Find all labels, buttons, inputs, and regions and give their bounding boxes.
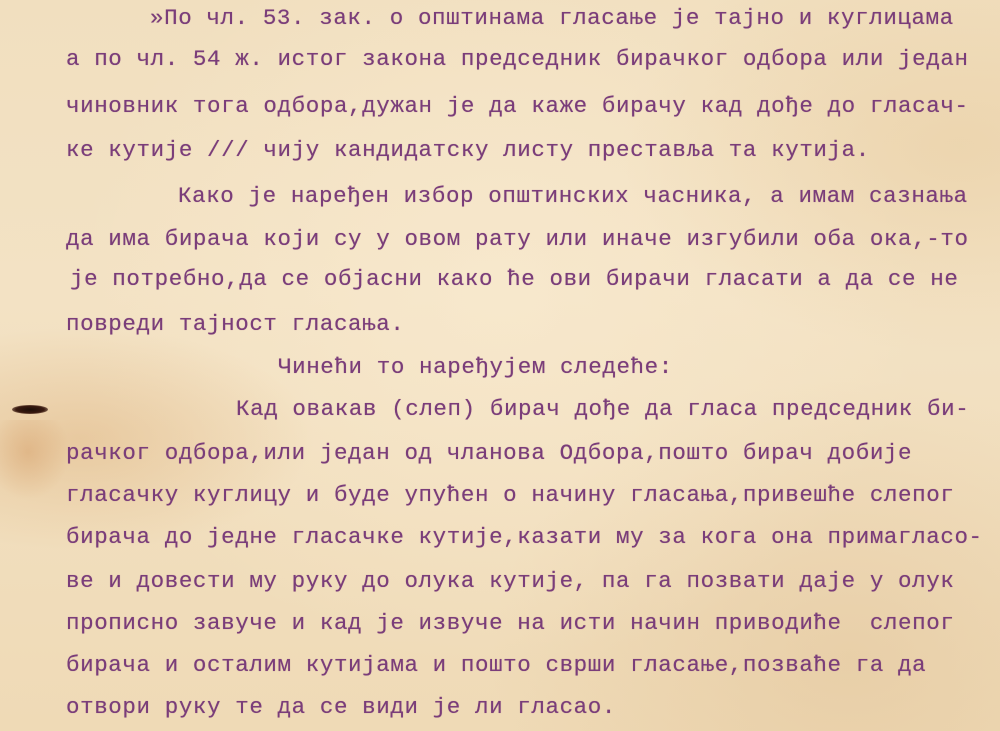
- ink-blot: [12, 405, 48, 414]
- text-line: »По чл. 53. зак. о општинама гласање је …: [150, 5, 954, 31]
- text-line: бирача и осталим кутијама и пошто сврши …: [66, 652, 926, 678]
- text-line: чиновник тога одбора,дужан је да каже би…: [66, 93, 969, 119]
- text-line: Како је наређен избор општинских часника…: [178, 183, 968, 209]
- text-line: прописно завуче и кад је извуче на исти …: [66, 610, 954, 636]
- text-line: отвори руку те да се види је ли гласао.: [66, 694, 616, 720]
- section-heading: Чинећи то наређујем следеће:: [278, 354, 673, 380]
- text-line: да има бирача који су у овом рату или ин…: [66, 226, 969, 252]
- text-line: бирача до једне гласачке кутије,казати м…: [66, 524, 983, 550]
- text-line: гласачку куглицу и буде упућен о начину …: [66, 482, 954, 508]
- text-line: повреди тајност гласања.: [66, 311, 404, 337]
- text-line: је потребно,да се објасни како ће ови би…: [70, 266, 958, 292]
- text-line: а по чл. 54 ж. истог закона председник б…: [66, 46, 969, 72]
- text-line: ве и довести му руку до олука кутије, па…: [66, 568, 954, 594]
- text-line: рачког одбора,или један од чланова Одбор…: [66, 440, 912, 466]
- paper-stain: [0, 420, 70, 500]
- text-line: ке кутије /// чију кандидатску листу пре…: [66, 137, 870, 163]
- text-line: Кад овакав (слеп) бирач дође да гласа пр…: [236, 396, 969, 422]
